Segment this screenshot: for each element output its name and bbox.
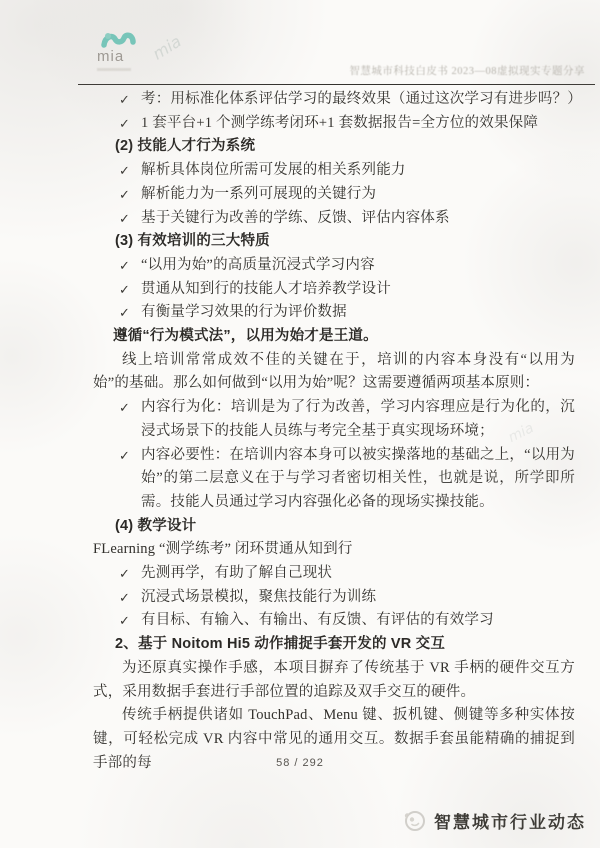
bullet-text: 沉浸式场景模拟，聚焦技能行为训练 xyxy=(141,586,575,610)
section-heading: (2) 技能人才行为系统 xyxy=(93,135,575,159)
page-number: 58 / 292 xyxy=(0,757,600,769)
paragraph: 线上培训常常成效不佳的关键在于，培训的内容本身没有“以用为始”的基础。那么如何做… xyxy=(93,349,575,396)
bullet-item: ✓基于关键行为改善的学练、反馈、评估内容体系 xyxy=(93,207,575,231)
bullet-item: ✓解析具体岗位所需可发展的相关系列能力 xyxy=(93,159,575,183)
bullet-item: ✓内容必要性：在培训内容本身可以被实操落地的基础之上，“以用为始”的第二层意义在… xyxy=(93,444,575,515)
bullet-item: ✓有目标、有输入、有输出、有反馈、有评估的有效学习 xyxy=(93,609,575,633)
brand-footer: 智慧城市行业动态 xyxy=(403,808,586,833)
emphasis-line: 遵循“行为模式法”，以用为始才是王道。 xyxy=(93,325,575,349)
bullet-item: ✓有衡量学习效果的行为评价数据 xyxy=(93,301,575,325)
bullet-item: ✓先测再学，有助了解自己现状 xyxy=(93,562,575,586)
checkmark-icon: ✓ xyxy=(119,279,141,303)
bullet-text: 内容必要性：在培训内容本身可以被实操落地的基础之上，“以用为始”的第二层意义在于… xyxy=(141,444,575,515)
section-heading: (3) 有效培训的三大特质 xyxy=(93,230,575,254)
checkmark-icon: ✓ xyxy=(119,208,141,232)
checkmark-icon: ✓ xyxy=(119,302,141,326)
brand-footer-label: 智慧城市行业动态 xyxy=(434,808,586,833)
section-heading: (4) 教学设计 xyxy=(93,515,575,539)
bullet-item: ✓1 套平台+1 个测学练考闭环+1 套数据报告=全方位的效果保障 xyxy=(93,112,575,136)
page-content: ✓考：用标准化体系评估学习的最终效果（通过这次学习有进步吗？）✓1 套平台+1 … xyxy=(93,88,575,775)
bullet-item: ✓解析能力为一系列可展现的关键行为 xyxy=(93,183,575,207)
checkmark-icon: ✓ xyxy=(119,445,141,516)
bullet-item: ✓“以用为始”的高质量沉浸式学习内容 xyxy=(93,254,575,278)
bullet-text: 有目标、有输入、有输出、有反馈、有评估的有效学习 xyxy=(141,609,575,633)
checkmark-icon: ✓ xyxy=(119,255,141,279)
bullet-text: 1 套平台+1 个测学练考闭环+1 套数据报告=全方位的效果保障 xyxy=(141,112,575,136)
bullet-text: 解析具体岗位所需可发展的相关系列能力 xyxy=(141,159,575,183)
bullet-text: 解析能力为一系列可展现的关键行为 xyxy=(141,183,575,207)
logo-glyph-icon xyxy=(100,28,138,50)
checkmark-icon: ✓ xyxy=(119,160,141,184)
checkmark-icon: ✓ xyxy=(119,563,141,587)
checkmark-icon: ✓ xyxy=(119,587,141,611)
checkmark-icon: ✓ xyxy=(119,397,141,444)
bullet-text: 贯通从知到行的技能人才培养教学设计 xyxy=(141,278,575,302)
bullet-text: 内容行为化：培训是为了行为改善，学习内容理应是行为化的，沉浸式场景下的技能人员练… xyxy=(141,396,575,443)
header-doc-info: 智慧城市科技白皮书 2023—08虚拟现实专题分享 xyxy=(349,63,585,78)
header-rule xyxy=(78,84,595,85)
bullet-text: 先测再学，有助了解自己现状 xyxy=(141,562,575,586)
logo-subline xyxy=(97,68,131,71)
brand-logo: mia xyxy=(97,28,157,71)
logo-text: mia xyxy=(97,50,157,64)
bullet-item: ✓贯通从知到行的技能人才培养教学设计 xyxy=(93,278,575,302)
checkmark-icon: ✓ xyxy=(119,610,141,634)
bullet-text: “以用为始”的高质量沉浸式学习内容 xyxy=(141,254,575,278)
bullet-text: 有衡量学习效果的行为评价数据 xyxy=(141,301,575,325)
bullet-item: ✓沉浸式场景模拟，聚焦技能行为训练 xyxy=(93,586,575,610)
section-heading: 2、基于 Noitom Hi5 动作捕捉手套开发的 VR 交互 xyxy=(93,633,575,657)
bullet-item: ✓考：用标准化体系评估学习的最终效果（通过这次学习有进步吗？） xyxy=(93,88,575,112)
bullet-text: 基于关键行为改善的学练、反馈、评估内容体系 xyxy=(141,207,575,231)
checkmark-icon: ✓ xyxy=(119,89,141,113)
checkmark-icon: ✓ xyxy=(119,184,141,208)
paragraph: 为还原真实操作手感，本项目摒弃了传统基于 VR 手柄的硬件交互方式，采用数据手套… xyxy=(93,657,575,704)
body-line: FLearning “测学练考” 闭环贯通从知到行 xyxy=(93,538,575,562)
checkmark-icon: ✓ xyxy=(119,113,141,137)
bullet-text: 考：用标准化体系评估学习的最终效果（通过这次学习有进步吗？） xyxy=(141,88,575,112)
bullet-item: ✓内容行为化：培训是为了行为改善，学习内容理应是行为化的，沉浸式场景下的技能人员… xyxy=(93,396,575,443)
brand-footer-icon xyxy=(403,809,427,833)
document-page: mia mia mia 智慧城市科技白皮书 2023—08虚拟现实专题分享 ✓考… xyxy=(0,0,600,848)
